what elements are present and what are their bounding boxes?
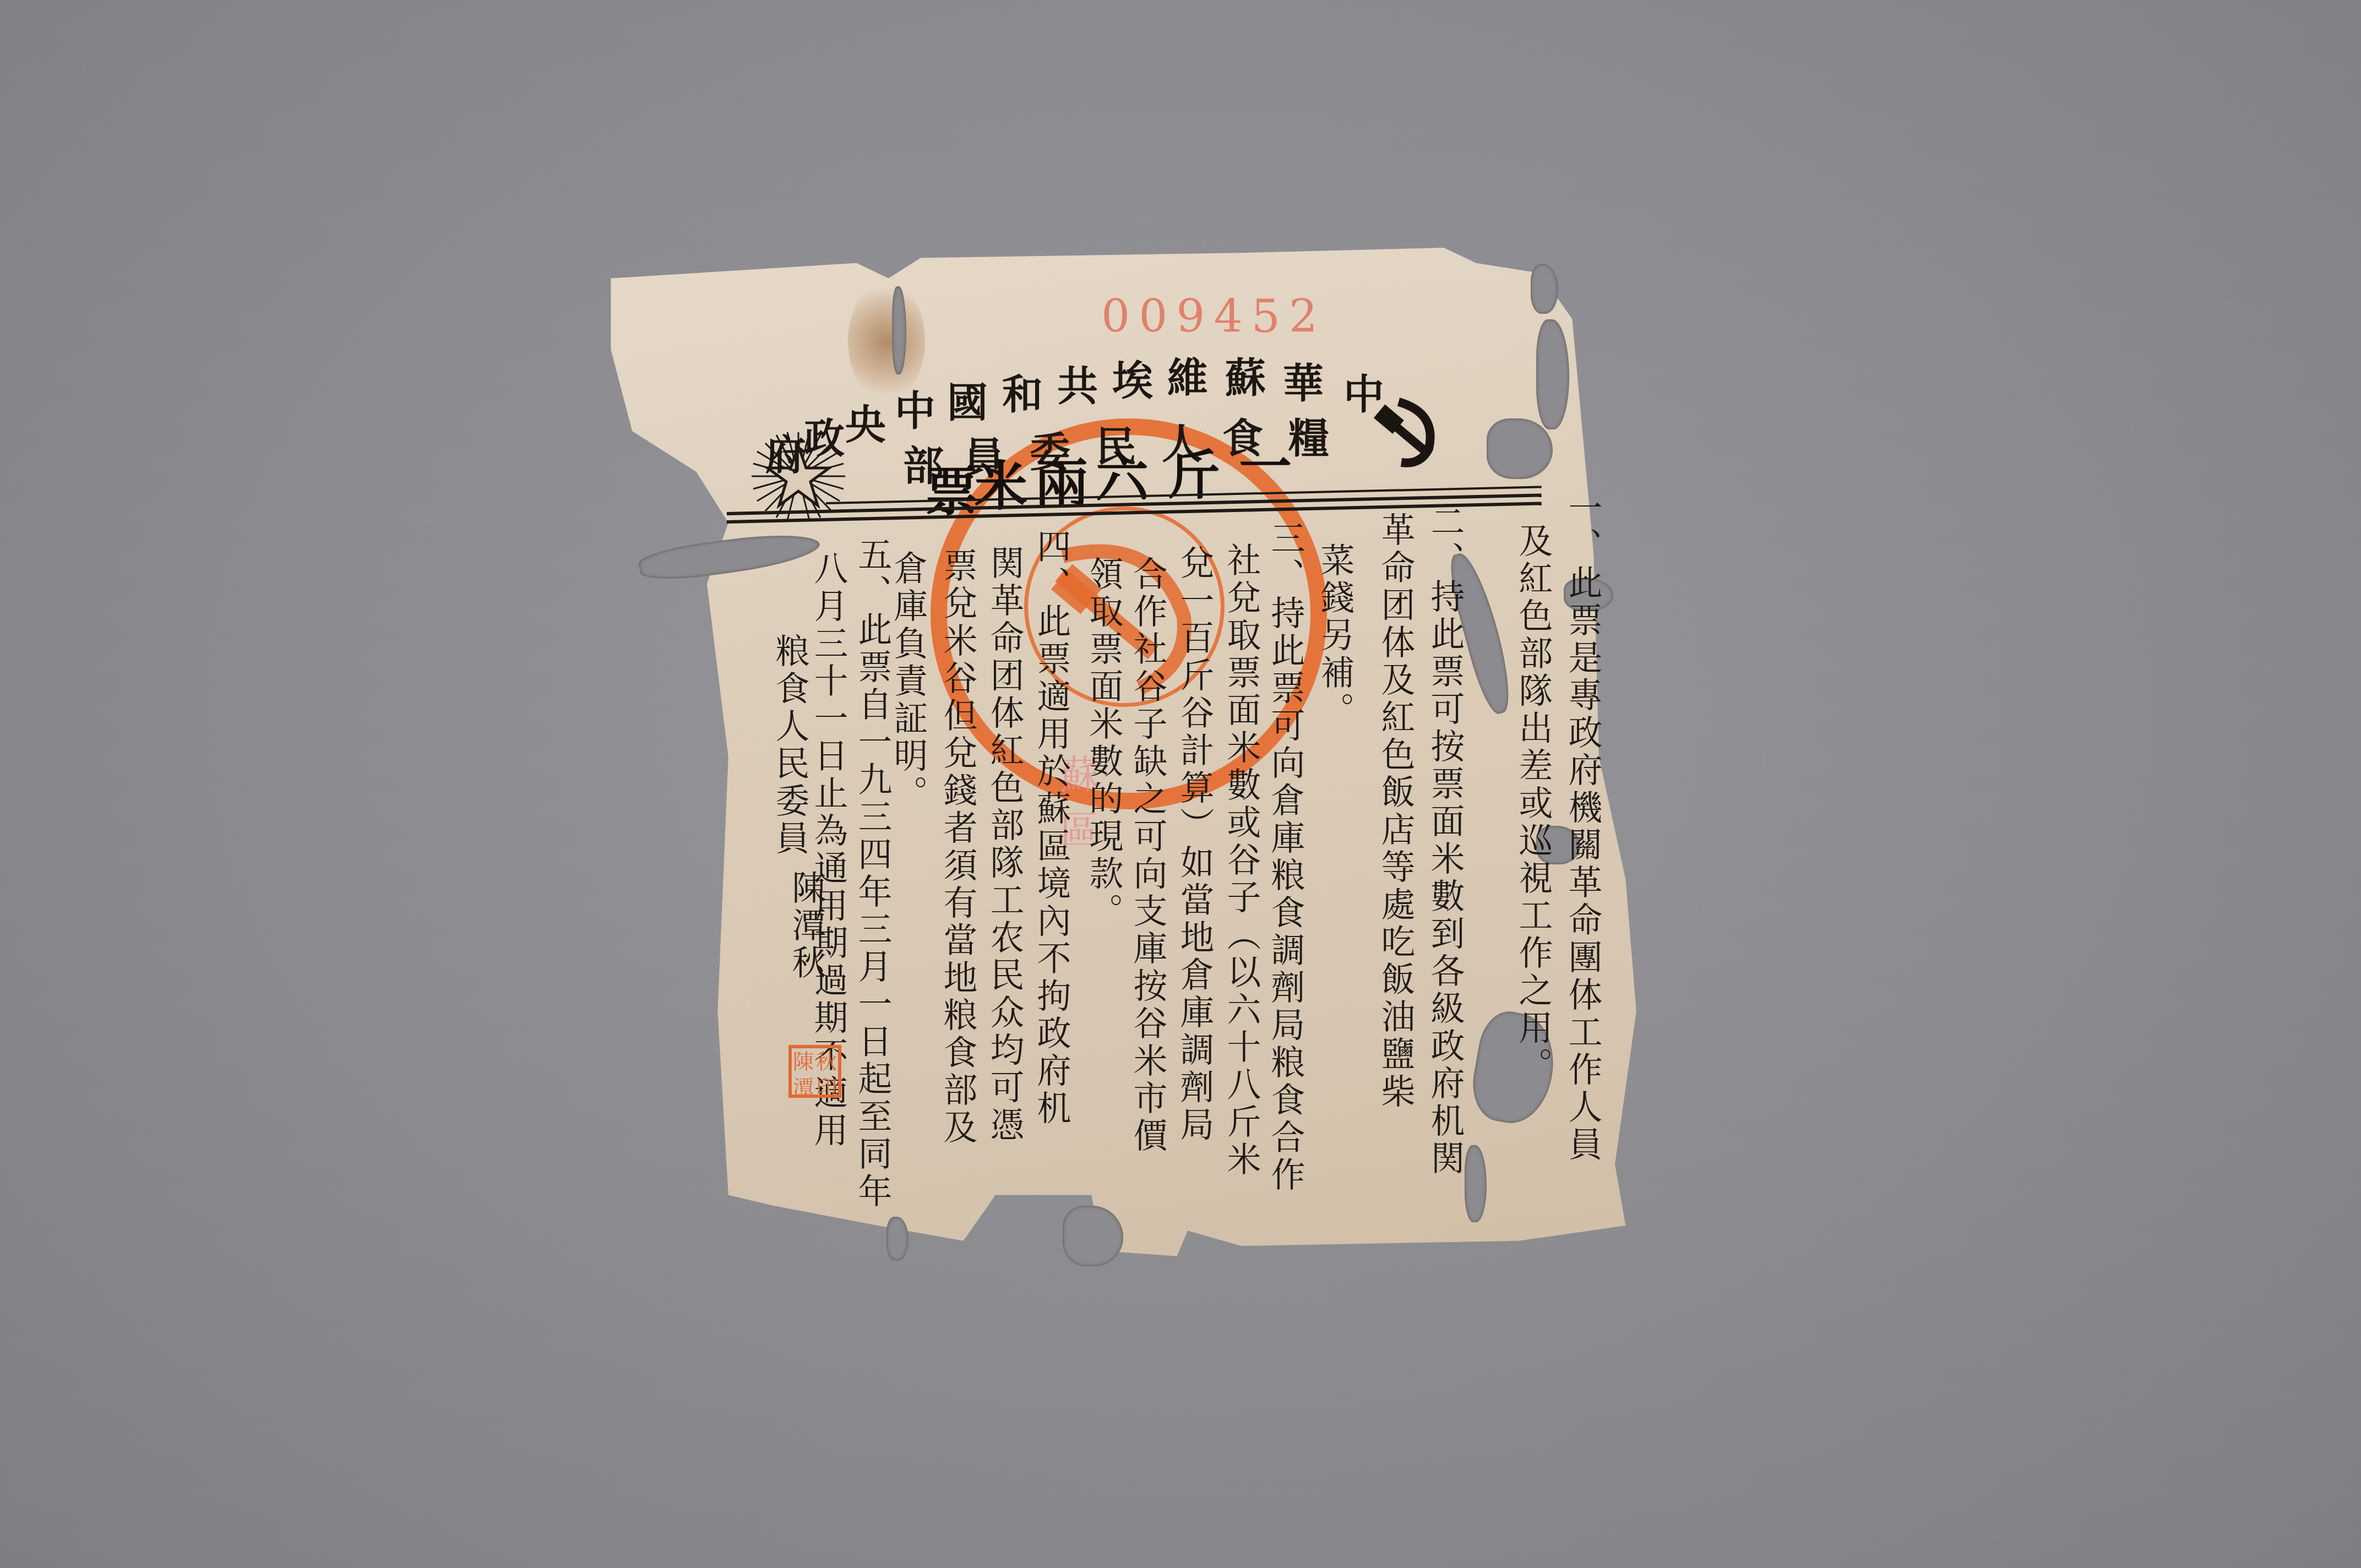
header-char: 央 [845, 405, 886, 445]
clause-1-line-1: 一、此票是專政府機關革命團体工作人員 [1561, 490, 1604, 1164]
clause-5-line-1: 五、此票自一九三四年三月一日起至同年 [851, 537, 894, 1211]
clause-2-line-2: 革命团体及紅色飯店等處吃飯油鹽柴 [1374, 512, 1417, 1111]
header-char: 中 [895, 391, 935, 432]
header-char: 國 [947, 383, 988, 423]
seal-char: 陳 [792, 1048, 815, 1075]
clause-4-line-2: 関革命团体紅色部隊工农民众均可憑 [983, 545, 1026, 1144]
title-char: 米 [975, 460, 1027, 513]
clause-3-line-1: 三、持此票可向倉庫粮食調劑局粮食合作 [1264, 520, 1307, 1194]
signatory-name: 陳潭秋 [785, 870, 828, 982]
clause-3-line-2: 社兌取票面米數或谷子（以六十八斤米 [1220, 542, 1263, 1179]
clause-4-line-1: 四、此票適用於蘇區境內不拘政府机 [1030, 529, 1073, 1128]
header-char: 和 [1002, 374, 1043, 415]
paper-hole [886, 1217, 909, 1261]
personal-seal: 陳 秋 潭 印 [788, 1045, 841, 1098]
signatory-title: 粮食人民委員 [768, 633, 811, 858]
seal-char: 秋 [815, 1048, 838, 1075]
clause-2-line-1: 二、持此票可按票面米數到各級政府机関 [1423, 504, 1466, 1178]
seal-char: 印 [815, 1075, 838, 1101]
clause-2-line-3: 菜錢另補。 [1313, 542, 1356, 729]
clause-4-line-3: 票兌米谷但兌錢者須有當地粮食部及 [936, 548, 979, 1147]
seal-char: 潭 [792, 1075, 815, 1101]
burn-stain [848, 281, 925, 402]
header-char: 府 [765, 435, 806, 476]
clause-3-line-3: 兌一百斤谷計算）如當地倉庫調劑局 [1173, 545, 1216, 1144]
header-char: 維 [1167, 358, 1208, 399]
title-char: 兩 [1035, 457, 1088, 510]
paper-hole [1487, 418, 1553, 479]
header-char: 政 [804, 418, 845, 459]
header-char: 蘇 [1225, 358, 1266, 399]
header-char: 糧 [1288, 418, 1329, 459]
paper-hole [1531, 264, 1558, 314]
clause-3-line-4: 合作社谷子缺之可向支庫按谷米市價 [1126, 556, 1169, 1155]
header-char: 中 [1343, 374, 1384, 415]
paper-tear [892, 286, 906, 374]
title-char: 一 [1239, 440, 1292, 493]
serial-number: 009452 [1101, 291, 1326, 343]
header-char: 埃 [1112, 361, 1153, 401]
clause-3-line-5: 領取票面米數的現款。 [1082, 556, 1125, 930]
clause-1-line-2: 及紅色部隊出差或巡視工作之用。 [1511, 523, 1554, 1085]
paper-hole [1063, 1206, 1123, 1266]
paper-hole [1465, 1145, 1487, 1222]
header-char: 共 [1057, 366, 1098, 407]
header-char: 華 [1283, 363, 1324, 404]
